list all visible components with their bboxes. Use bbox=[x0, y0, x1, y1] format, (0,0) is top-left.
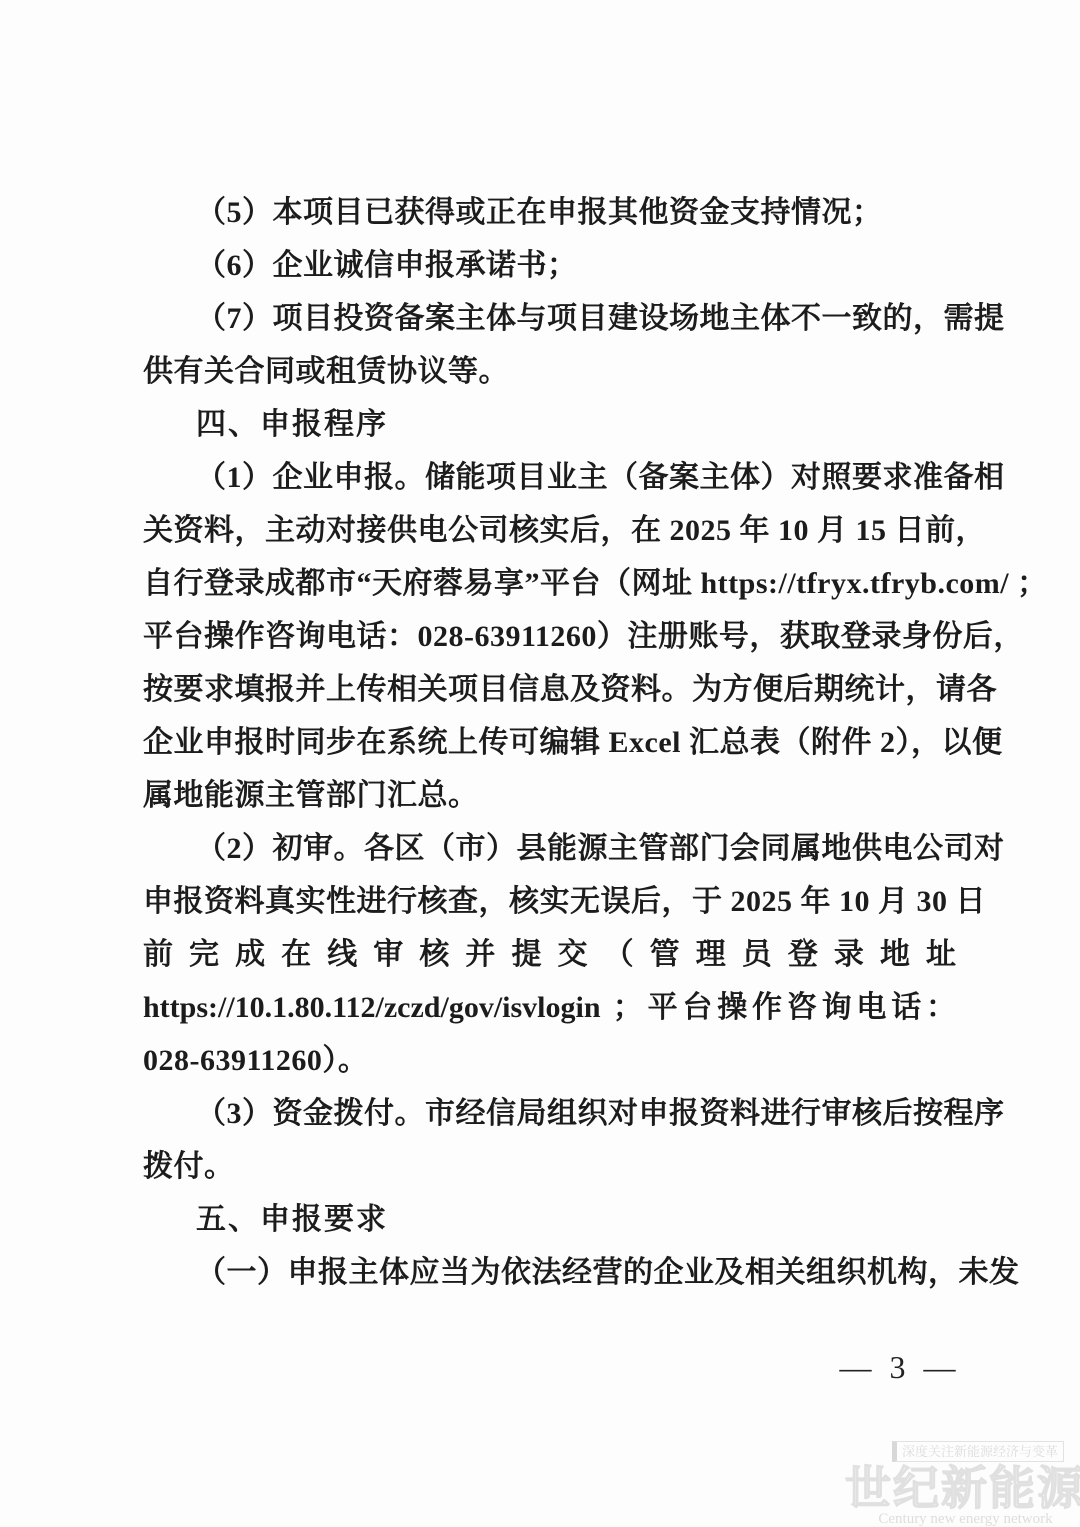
text-line: 拨付。 bbox=[143, 1140, 956, 1193]
text-line: （3）资金拨付。市经信局组织对申报资料进行审核后按程序 bbox=[143, 1087, 956, 1140]
text-line: 申报资料真实性进行核查，核实无误后，于 2025 年 10 月 30 日 bbox=[143, 875, 956, 928]
text-line: 平台操作咨询电话：028-63911260）注册账号，获取登录身份后， bbox=[143, 610, 956, 663]
section-heading: 五、申报要求 bbox=[143, 1193, 956, 1246]
document-page: { "page": { "background": "#fdfdfd", "te… bbox=[0, 0, 1080, 1527]
watermark-logo-subtitle: Century new energy network bbox=[853, 1511, 1078, 1527]
text-line: 按要求填报并上传相关项目信息及资料。为方便后期统计，请各 bbox=[143, 663, 956, 716]
text-line: https://10.1.80.112/zczd/gov/isvlogin ；平… bbox=[143, 981, 956, 1034]
text-line: （1）企业申报。储能项目业主（备案主体）对照要求准备相 bbox=[143, 451, 956, 504]
watermark: 深度关注新能源经济与变革 世纪新能源网 Century new energy n… bbox=[845, 1441, 1080, 1527]
document-lines: （5）本项目已获得或正在申报其他资金支持情况；（6）企业诚信申报承诺书；（7）项… bbox=[143, 186, 956, 1299]
watermark-slogan: 深度关注新能源经济与变革 bbox=[892, 1441, 1064, 1462]
text-line: 关资料，主动对接供电公司核实后，在 2025 年 10 月 15 日前， bbox=[143, 504, 956, 557]
text-line: （5）本项目已获得或正在申报其他资金支持情况； bbox=[143, 186, 956, 239]
text-line: 企业申报时同步在系统上传可编辑 Excel 汇总表（附件 2），以便 bbox=[143, 716, 956, 769]
page-number: — 3 — bbox=[810, 1349, 990, 1386]
text-line: （7）项目投资备案主体与项目建设场地主体不一致的，需提 bbox=[143, 292, 956, 345]
text-line: （2）初审。各区（市）县能源主管部门会同属地供电公司对 bbox=[143, 822, 956, 875]
text-line: 自行登录成都市“天府蓉易享”平台（网址 https://tfryx.tfryb.… bbox=[143, 557, 956, 610]
text-line: （一）申报主体应当为依法经营的企业及相关组织机构，未发 bbox=[143, 1246, 956, 1299]
watermark-logo: 世纪新能源网 bbox=[845, 1465, 1080, 1511]
text-line: 前完成在线审核并提交（管理员登录地址 bbox=[143, 928, 956, 981]
text-line: （6）企业诚信申报承诺书； bbox=[143, 239, 956, 292]
text-line: 供有关合同或租赁协议等。 bbox=[143, 345, 956, 398]
text-line: 028-63911260）。 bbox=[143, 1034, 956, 1087]
section-heading: 四、申报程序 bbox=[143, 398, 956, 451]
text-line: 属地能源主管部门汇总。 bbox=[143, 769, 956, 822]
